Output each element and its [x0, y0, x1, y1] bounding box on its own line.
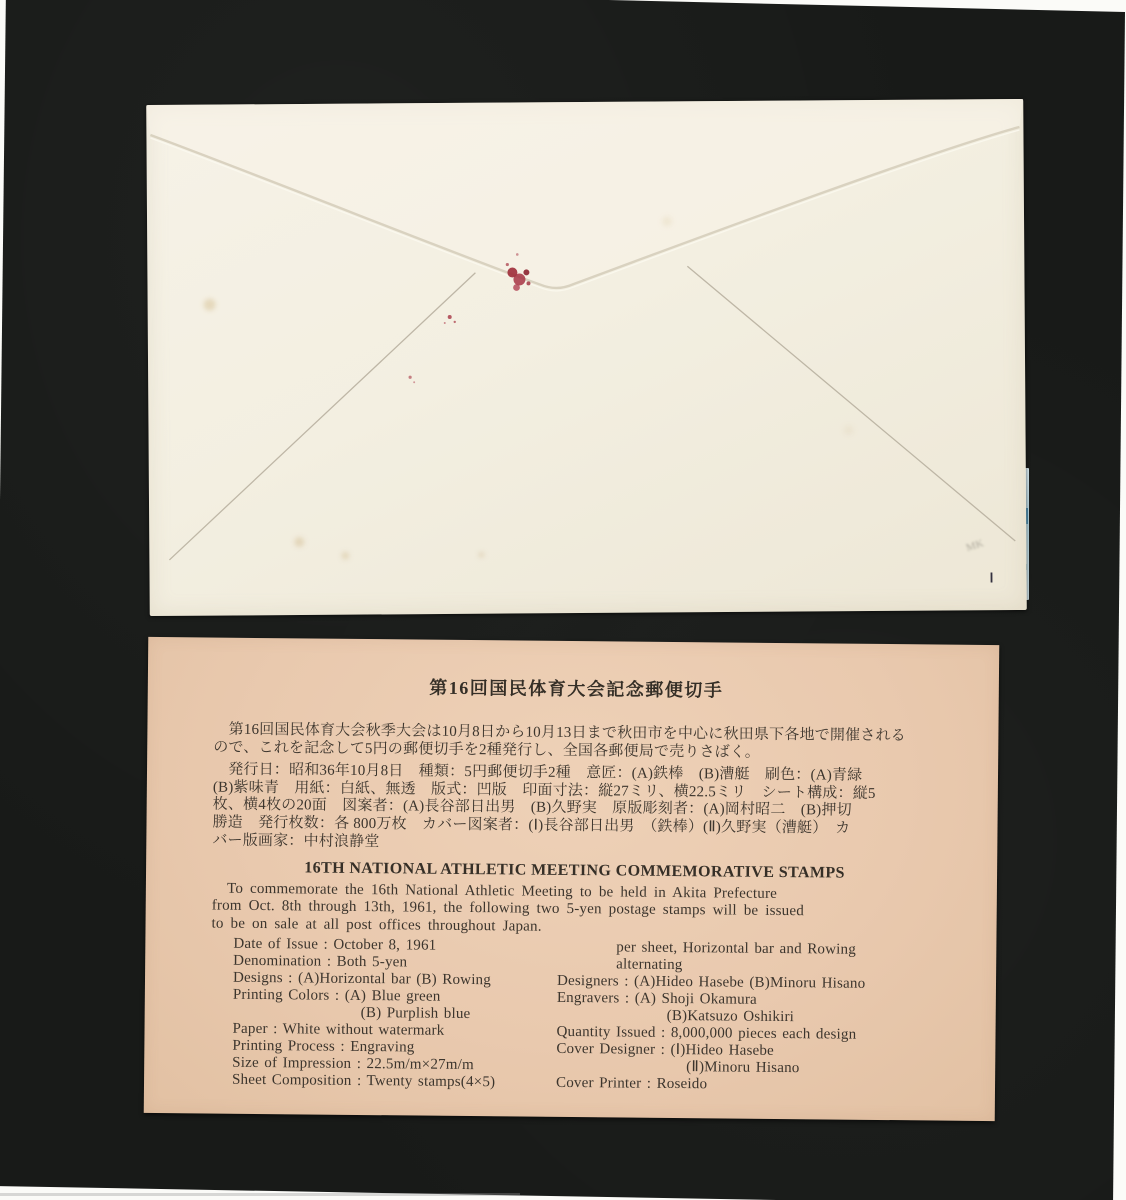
scanned-photo-page: { "colors": { "mat": "#181a18", "envelop… — [0, 0, 1126, 1200]
stamp-info-card: 第16回国民体育大会記念郵便切手 第16回国民体育大会秋季大会は10月8日から1… — [144, 637, 1000, 1121]
red-ink-specks — [408, 315, 456, 383]
detail-left-cell: Sheet Composition : Twenty stamps(4×5) — [232, 1072, 556, 1092]
card-details-table: Date of Issue : October 8, 1961 per shee… — [232, 936, 936, 1096]
card-intro-english: To commemorate the 16th National Athleti… — [211, 881, 936, 940]
card-content: 第16回国民体育大会記念郵便切手 第16回国民体育大会秋季大会は10月8日から1… — [144, 637, 999, 1096]
pencil-mark: MK — [965, 537, 986, 554]
detail-right-cell: Cover Printer : Roseido — [556, 1075, 935, 1096]
envelope-detail-art: MK Ⅰ — [146, 99, 1027, 616]
envelope-left-crease — [167, 273, 477, 560]
envelope-right-crease — [687, 264, 1015, 543]
card-title-japanese: 第16回国民体育大会記念郵便切手 — [214, 672, 939, 705]
card-title-english: 16TH NATIONAL ATHLETIC MEETING COMMEMORA… — [212, 859, 937, 884]
card-specs-japanese: 発行日：昭和36年10月8日 種類：5円郵便切手2種 意匠：(A)鉄棒 (B)漕… — [212, 762, 938, 857]
card-intro-japanese: 第16回国民体育大会秋季大会は10月8日から10月13日まで秋田市を中心に秋田県… — [213, 722, 938, 764]
envelope-back: MK Ⅰ — [146, 99, 1027, 616]
envelope-flap-fill — [146, 99, 1024, 291]
corner-mark: Ⅰ — [989, 570, 993, 585]
scan-edge-streak — [0, 1193, 520, 1196]
